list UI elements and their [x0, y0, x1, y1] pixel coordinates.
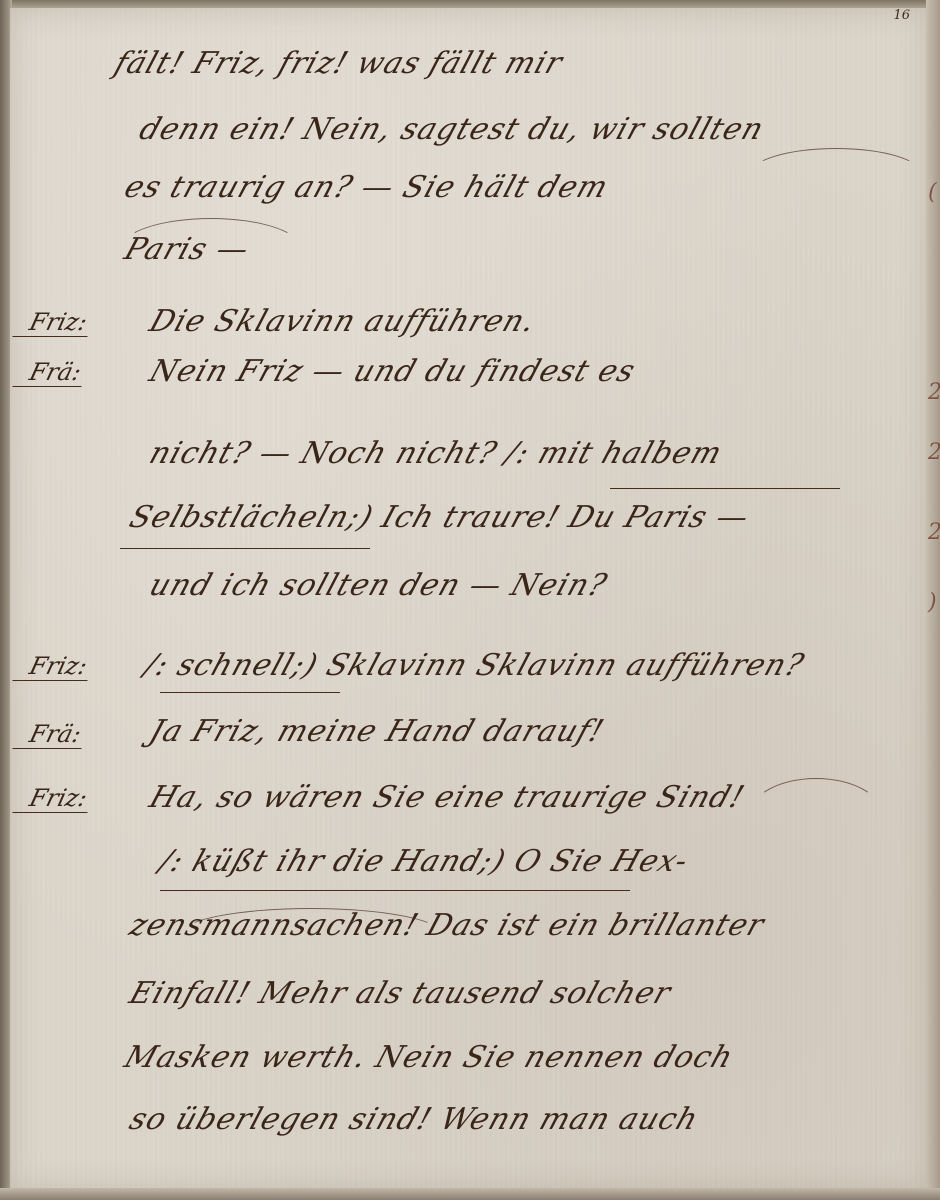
manuscript-line-11: Ja Friz, meine Hand darauf! [145, 714, 609, 749]
speaker-label-friz: Friz: [12, 652, 94, 681]
underline-stroke [160, 890, 630, 891]
manuscript-line-7: nicht? — Noch nicht? /: mit halbem [145, 436, 727, 471]
margin-bleed-mark: 2 [928, 520, 940, 545]
manuscript-line-3: es traurig an? — Sie hält dem [120, 170, 613, 205]
margin-bleed-mark: ( [928, 180, 937, 205]
manuscript-line-10: /: schnell;) Sklavinn Sklavinn aufführen… [140, 648, 809, 683]
ink-flourish [750, 778, 882, 850]
manuscript-line-12: Ha, so wären Sie eine traurige Sind! [145, 780, 749, 815]
ink-flourish [120, 218, 302, 280]
underline-stroke [120, 548, 370, 549]
manuscript-line-8: Selbstlächeln;) Ich traure! Du Paris — [125, 500, 754, 535]
manuscript-line-6: Nein Friz — und du findest es [145, 354, 640, 389]
manuscript-line-9: und ich sollten den — Nein? [145, 568, 612, 603]
ink-flourish [750, 148, 922, 200]
speaker-label-fra: Frä: [12, 358, 88, 387]
margin-bleed-mark: 2 [928, 440, 940, 465]
manuscript-line-15: Einfall! Mehr als tausend solcher [125, 976, 676, 1011]
speaker-label-friz: Friz: [12, 784, 94, 813]
speaker-label-friz: Friz: [12, 308, 94, 337]
ink-flourish [180, 908, 442, 960]
manuscript-line-17: so überlegen sind! Wenn man auch [125, 1102, 703, 1137]
speaker-label-fra: Frä: [12, 720, 88, 749]
page-number: 16 [893, 8, 910, 23]
manuscript-line-16: Masken werth. Nein Sie nennen doch [120, 1040, 738, 1075]
adjacent-page-edge: ( 2 2 2 ) [926, 0, 940, 1200]
page-bottom-edge [0, 1188, 940, 1200]
underline-stroke [610, 488, 840, 489]
manuscript-line-13: /: küßt ihr die Hand;) O Sie Hex- [155, 844, 693, 879]
manuscript-page: 16 fält! Friz, friz! was fällt mir denn … [10, 8, 928, 1190]
margin-bleed-mark: ) [928, 590, 937, 615]
manuscript-line-1: fält! Friz, friz! was fällt mir [110, 46, 567, 81]
underline-stroke [160, 692, 340, 693]
manuscript-line-2: denn ein! Nein, sagtest du, wir sollten [135, 112, 769, 147]
manuscript-line-5: Die Sklavinn aufführen. [145, 304, 540, 339]
margin-bleed-mark: 2 [928, 380, 940, 405]
